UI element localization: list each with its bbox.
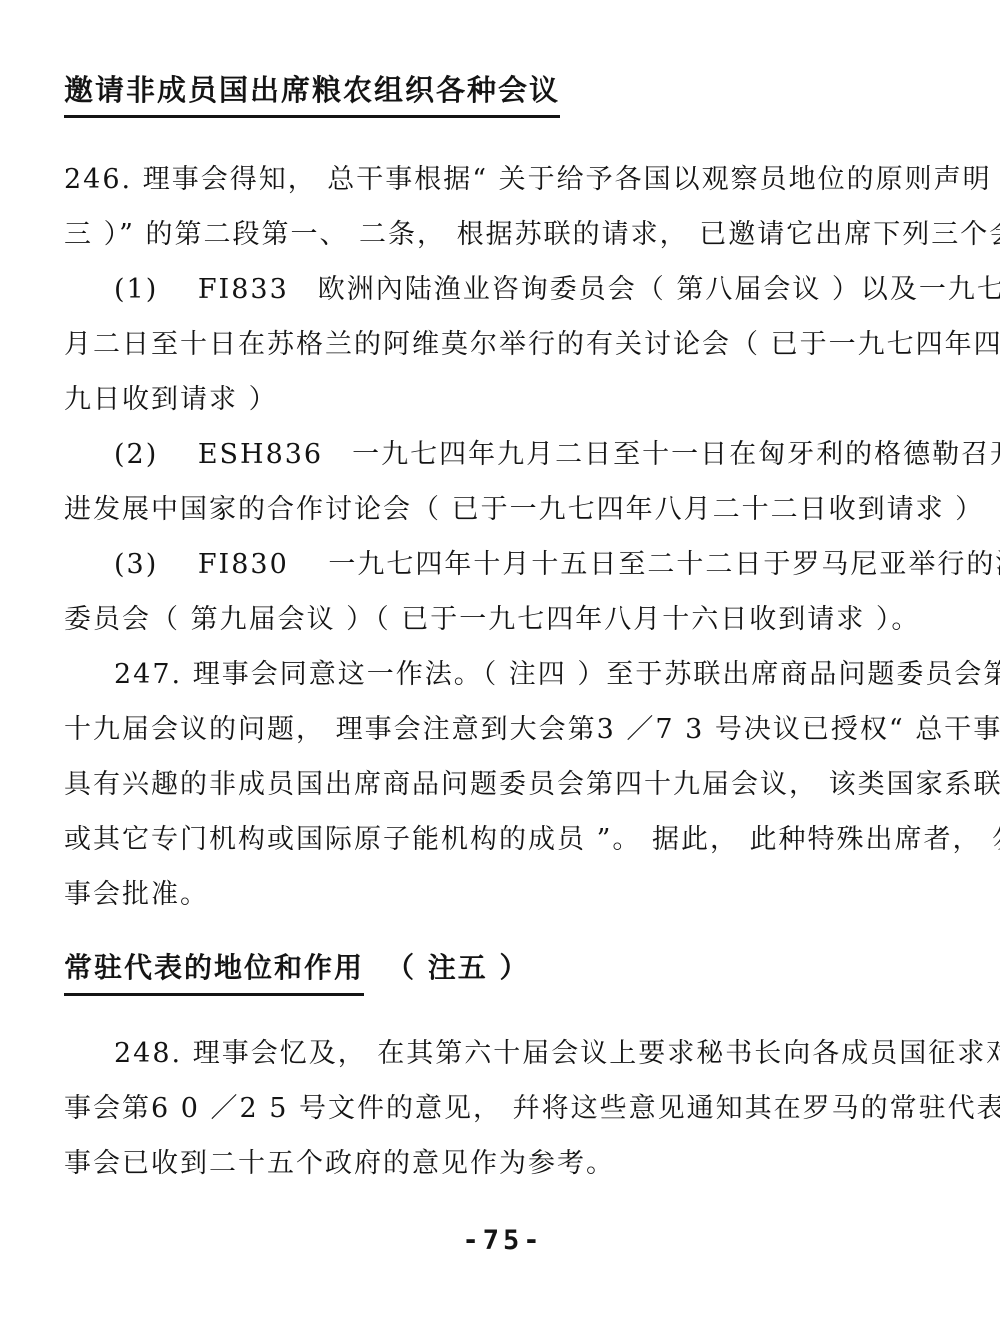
text-line: 月二日至十日在苏格兰的阿维莫尔举行的有关讨论会（ 已于一九七四年四月十 xyxy=(64,317,942,372)
paragraph-248: 248. 理事会忆及， 在其第六十届会议上要求秘书长向各成员国征求对理 事会第6… xyxy=(64,1026,942,1191)
paragraph-246: 246. 理事会得知， 总干事根据“ 关于给予各国以观察员地位的原则声明（ 注 … xyxy=(64,152,942,262)
list-item-1: (1) FI833 欧洲內陆渔业咨询委员会（ 第八届会议 ）以及一九七四年五 月… xyxy=(64,262,942,427)
text-line: 三 ）” 的第二段第一、 二条， 根据苏联的请求， 已邀请它出席下列三个会议： xyxy=(64,207,942,262)
paragraph-247: 247. 理事会同意这一作法。（ 注四 ）至于苏联出席商品问题委员会第四 十九届… xyxy=(64,647,942,922)
document-page: 邀请非成员国出席粮农组织各种会议 246. 理事会得知， 总干事根据“ 关于给予… xyxy=(0,0,1000,1323)
text-line: 事会已收到二十五个政府的意见作为参考。 xyxy=(64,1136,942,1191)
list-item-3: (3) FI830 一九七四年十月十五日至二十二日于罗马尼亚举行的渔业 委员会（… xyxy=(64,537,942,647)
section-heading-note: （ 注五 ） xyxy=(386,951,530,984)
text-line: 事会第6 0 ／2 5 号文件的意见， 幷将这些意见通知其在罗马的常驻代表。 理 xyxy=(64,1081,942,1136)
text-line: (3) FI830 一九七四年十月十五日至二十二日于罗马尼亚举行的渔业 xyxy=(64,537,942,592)
text-line: 事会批准。 xyxy=(64,867,942,922)
section-heading-representatives-text: 常驻代表的地位和作用 xyxy=(64,950,364,996)
text-line: 委员会（ 第九届会议 ）（ 已于一九七四年八月十六日收到请求 ）。 xyxy=(64,592,942,647)
text-line: (1) FI833 欧洲內陆渔业咨询委员会（ 第八届会议 ）以及一九七四年五 xyxy=(64,262,942,317)
page-number: -75- xyxy=(64,1225,942,1256)
text-line: 进发展中国家的合作讨论会（ 已于一九七四年八月二十二日收到请求 ） xyxy=(64,482,942,537)
text-line: 248. 理事会忆及， 在其第六十届会议上要求秘书长向各成员国征求对理 xyxy=(64,1026,942,1081)
text-line: 十九届会议的问题， 理事会注意到大会第3 ／7 3 号决议已授权“ 总干事邀请 xyxy=(64,702,942,757)
section-heading-meetings: 邀请非成员国出席粮农组织各种会议 xyxy=(64,72,942,118)
text-line: 或其它专门机构或国际原子能机构的成员 ”。 据此， 此种特殊出席者， 勿须理 xyxy=(64,812,942,867)
text-line: (2) ESH836 一九七四年九月二日至十一日在匈牙利的格德勒召开的促 xyxy=(64,427,942,482)
text-line: 246. 理事会得知， 总干事根据“ 关于给予各国以观察员地位的原则声明（ 注 xyxy=(64,152,942,207)
text-line: 具有兴趣的非成员国出席商品问题委员会第四十九届会议， 该类国家系联合国 xyxy=(64,757,942,812)
section-heading-representatives: 常驻代表的地位和作用（ 注五 ） xyxy=(64,950,942,996)
text-line: 247. 理事会同意这一作法。（ 注四 ）至于苏联出席商品问题委员会第四 xyxy=(64,647,942,702)
list-item-2: (2) ESH836 一九七四年九月二日至十一日在匈牙利的格德勒召开的促 进发展… xyxy=(64,427,942,537)
section-heading-meetings-text: 邀请非成员国出席粮农组织各种会议 xyxy=(64,72,560,118)
text-line: 九日收到请求 ） xyxy=(64,372,942,427)
